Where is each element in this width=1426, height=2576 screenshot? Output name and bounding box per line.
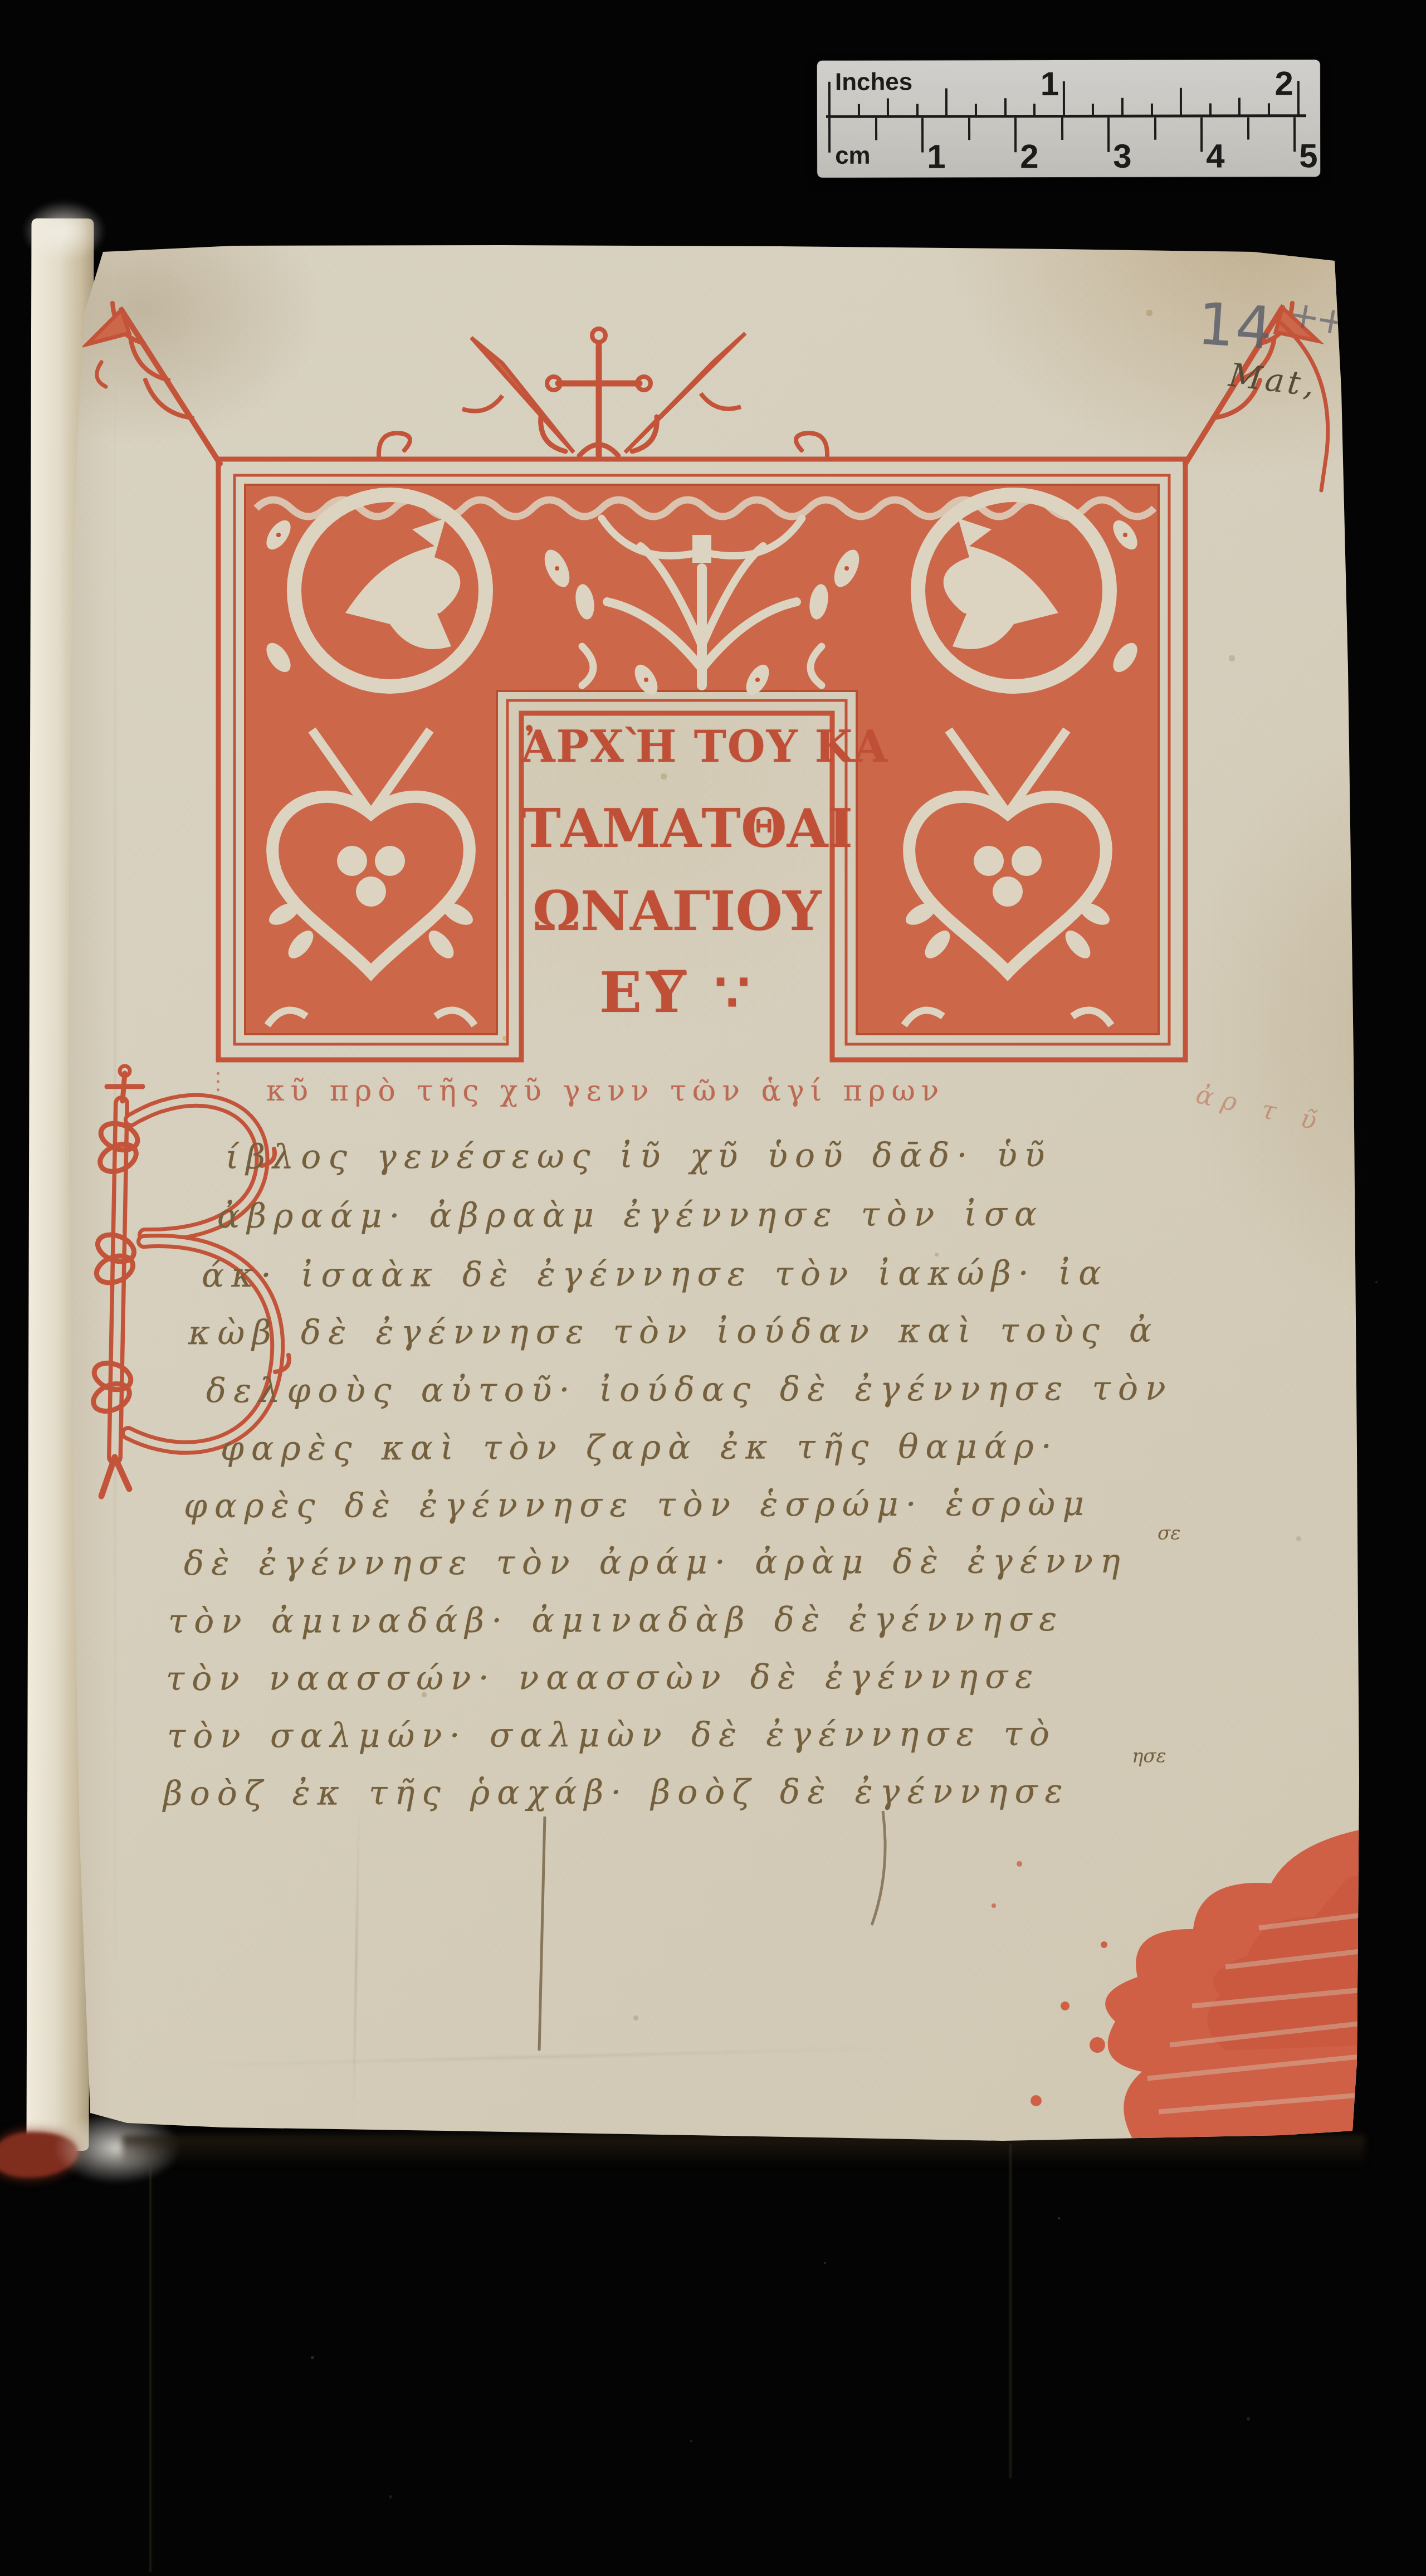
ruler-tick xyxy=(1209,104,1212,116)
ruler-tick xyxy=(968,118,970,140)
ruler-tick xyxy=(1014,118,1017,152)
ruler-tick xyxy=(916,104,919,116)
ruler-tick xyxy=(1033,104,1036,116)
support-board-edge xyxy=(1009,2144,1012,2478)
ruler-tick xyxy=(1004,98,1007,116)
folio-number-pencil: 14 xyxy=(1195,289,1276,362)
ruler-tick xyxy=(1293,117,1296,152)
ruler: Inches cm 1212345 xyxy=(817,60,1320,178)
ruler-number: 4 xyxy=(1206,137,1224,176)
ruler-tick xyxy=(1297,81,1299,115)
ruler-number: 2 xyxy=(1020,137,1038,176)
ruler-tick xyxy=(1200,118,1203,152)
ruler-tick xyxy=(1107,118,1110,152)
ruler-tick xyxy=(826,114,1306,118)
ruler-tick xyxy=(921,118,924,152)
ruler-tick xyxy=(875,118,877,140)
ruler-number: 5 xyxy=(1299,137,1317,175)
ruler-tick xyxy=(887,99,889,116)
red-paint-stain xyxy=(958,1811,1370,2145)
ruler-tick xyxy=(1121,98,1124,116)
binding-fibers-top xyxy=(22,201,106,262)
ruler-ticks: 1212345 xyxy=(817,60,1320,178)
ruler-tick xyxy=(1063,81,1065,116)
support-board-edge xyxy=(149,2149,152,2572)
ruler-tick xyxy=(828,118,831,153)
ruler-tick xyxy=(858,104,860,116)
ruler-number: 1 xyxy=(927,137,945,176)
page-undershadow xyxy=(123,2135,1365,2166)
ruler-tick xyxy=(1268,103,1270,115)
ruler-tick xyxy=(1151,104,1153,116)
ruler-tick xyxy=(1154,118,1156,140)
ruler-tick xyxy=(975,104,977,116)
ruler-tick xyxy=(1247,117,1249,139)
ruler-number: 2 xyxy=(1274,64,1293,103)
lint-specks xyxy=(0,0,1,1)
ruler-number: 3 xyxy=(1113,137,1131,176)
ruler-tick xyxy=(1238,98,1241,115)
ruler-number: 1 xyxy=(1041,65,1059,103)
ruler-tick xyxy=(1092,104,1094,116)
ruler-tick xyxy=(945,88,948,116)
ruler-tick xyxy=(1180,88,1182,116)
ruler-tick xyxy=(828,82,831,116)
ruler-tick xyxy=(1061,118,1063,140)
